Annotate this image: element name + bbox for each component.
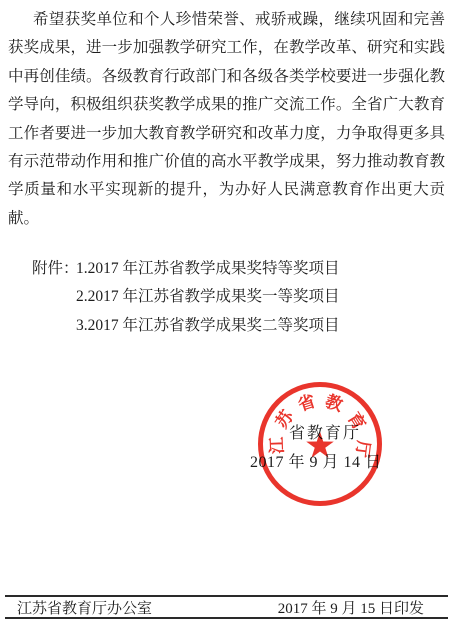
footer-print-date: 2017 年 9 月 15 日印发 (278, 597, 448, 618)
signature-issuer: 省教育厅 (289, 420, 361, 443)
seal-char: 省 (296, 392, 317, 413)
attachment-label: 附件： (32, 255, 76, 340)
seal-char: 教 (323, 393, 345, 415)
attachment-items: 1.2017 年江苏省教学成果奖特等奖项目 2.2017 年江苏省教学成果奖一等… (76, 255, 340, 340)
attachment-item: 1.2017 年江苏省教学成果奖特等奖项目 (76, 255, 340, 283)
body-line: 学质量和水平实现新的提升，为办好人民满意教育作出更大贡 (8, 176, 445, 204)
body-line: 学导向，积极组织获奖教学成果的推广交流工作。全省广大教育 (8, 91, 445, 119)
body-paragraph: 希望获奖单位和个人珍惜荣誉、戒骄戒躁，继续巩固和完善 获奖成果，进一步加强教学研… (8, 6, 445, 233)
attachment-item: 2.2017 年江苏省教学成果奖一等奖项目 (76, 283, 340, 311)
signature-date: 2017 年 9 月 14 日 (250, 449, 382, 472)
seal-ring (258, 382, 382, 506)
attachment-block: 附件： 1.2017 年江苏省教学成果奖特等奖项目 2.2017 年江苏省教学成… (32, 255, 340, 340)
body-line: 有示范带动作用和推广价值的高水平教学成果，努力推动教育教 (8, 148, 445, 176)
official-seal: 江 苏 省 教 育 厅 (255, 379, 385, 509)
body-line: 献。 (8, 205, 445, 233)
footer-rule-bottom (5, 617, 448, 619)
body-line: 希望获奖单位和个人珍惜荣誉、戒骄戒躁，继续巩固和完善 (8, 6, 445, 34)
footer: 江苏省教育厅办公室 2017 年 9 月 15 日印发 (5, 597, 448, 617)
document-page: 希望获奖单位和个人珍惜荣誉、戒骄戒躁，继续巩固和完善 获奖成果，进一步加强教学研… (0, 0, 453, 627)
attachment-item: 3.2017 年江苏省教学成果奖二等奖项目 (76, 312, 340, 340)
body-line: 工作者要进一步加大教育教学研究和改革力度，力争取得更多具 (8, 120, 445, 148)
footer-issuing-office: 江苏省教育厅办公室 (5, 597, 152, 618)
body-line: 中再创佳绩。各级教育行政部门和各级各类学校要进一步强化教 (8, 63, 445, 91)
body-line: 获奖成果，进一步加强教学研究工作，在教学改革、研究和实践 (8, 34, 445, 62)
